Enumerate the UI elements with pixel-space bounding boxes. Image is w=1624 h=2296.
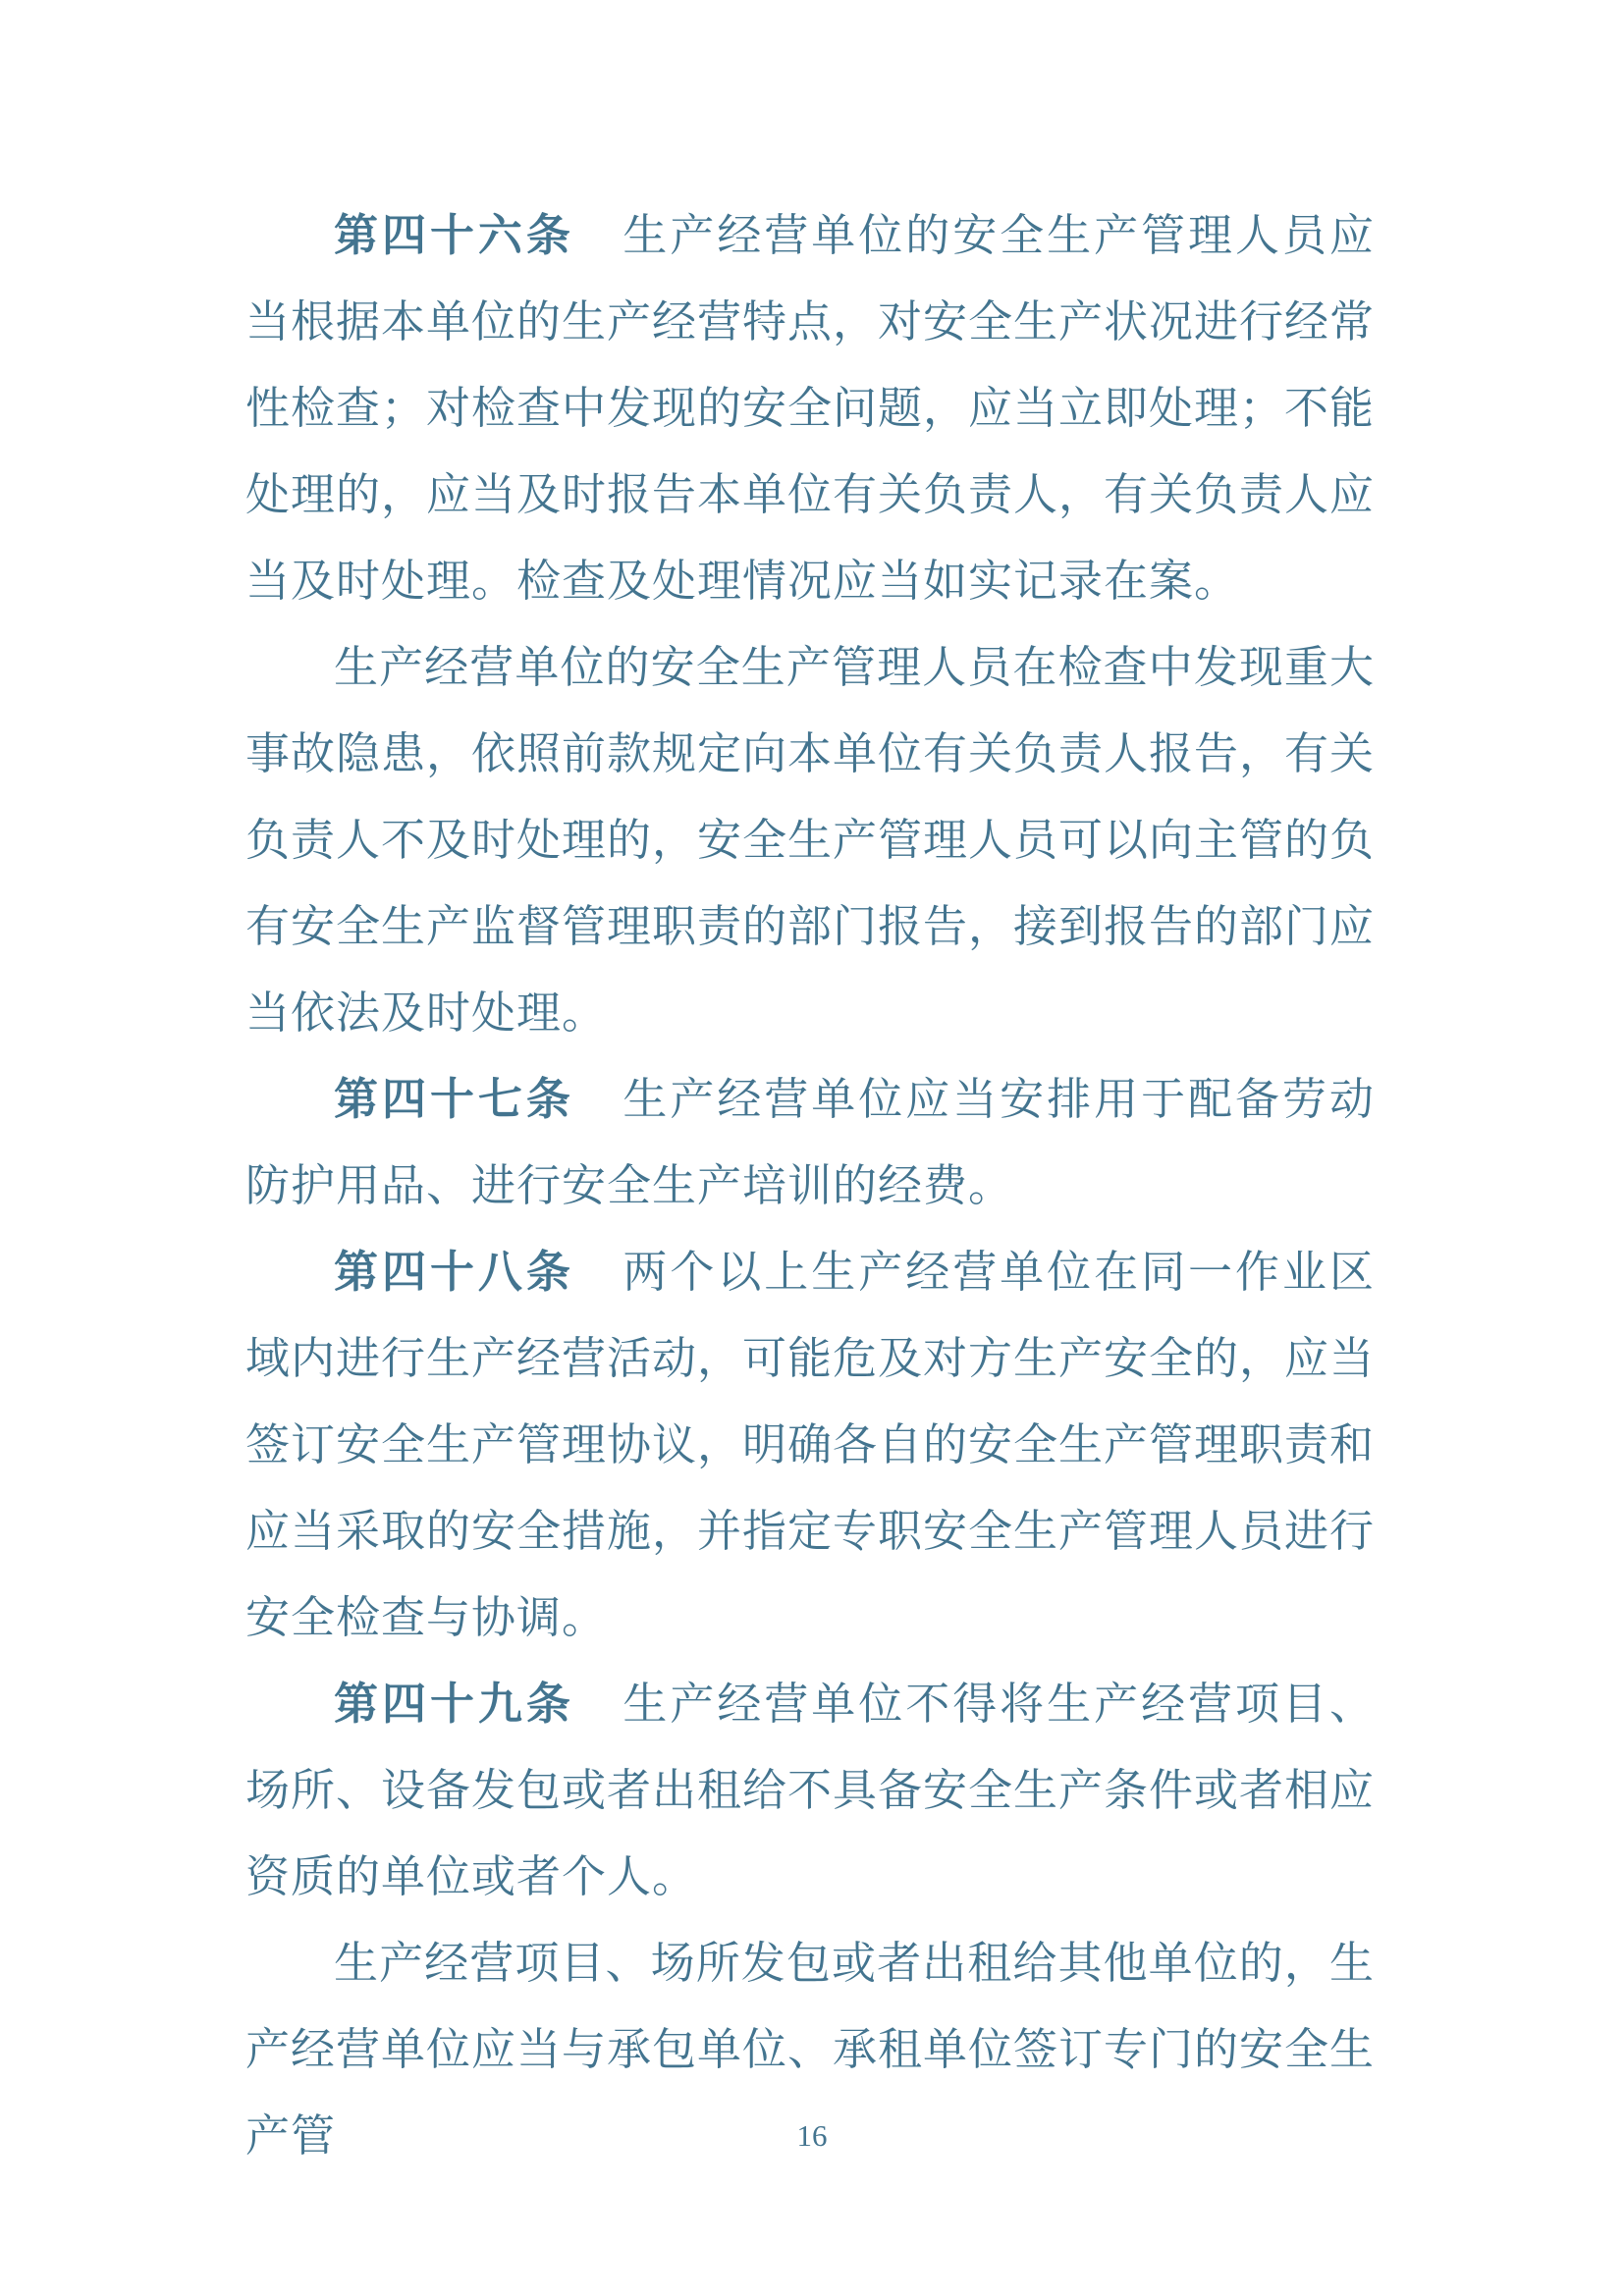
article-49-heading: 第四十九条 <box>334 1679 574 1729</box>
page-number: 16 <box>0 2116 1624 2156</box>
text-block: 第四十六条生产经营单位的安全生产管理人员应当根据本单位的生产经营特点，对安全生产… <box>245 192 1375 2179</box>
article-48-heading: 第四十八条 <box>334 1247 574 1297</box>
document-page: 第四十六条生产经营单位的安全生产管理人员应当根据本单位的生产经营特点，对安全生产… <box>0 0 1624 2296</box>
article-47-heading: 第四十七条 <box>334 1074 574 1124</box>
paragraph-article-49-clause-1: 第四十九条生产经营单位不得将生产经营项目、场所、设备发包或者出租给不具备安全生产… <box>245 1661 1375 1920</box>
paragraph-text: 两个以上生产经营单位在同一作业区域内进行生产经营活动，可能危及对方生产安全的，应… <box>245 1248 1375 1642</box>
paragraph-article-47: 第四十七条生产经营单位应当安排用于配备劳动防护用品、进行安全生产培训的经费。 <box>245 1056 1375 1229</box>
paragraph-article-46-clause-1: 第四十六条生产经营单位的安全生产管理人员应当根据本单位的生产经营特点，对安全生产… <box>245 192 1375 624</box>
paragraph-article-46-clause-2: 生产经营单位的安全生产管理人员在检查中发现重大事故隐患，依照前款规定向本单位有关… <box>245 624 1375 1056</box>
paragraph-text: 生产经营单位的安全生产管理人员应当根据本单位的生产经营特点，对安全生产状况进行经… <box>245 211 1375 606</box>
paragraph-article-48: 第四十八条两个以上生产经营单位在同一作业区域内进行生产经营活动，可能危及对方生产… <box>245 1229 1375 1661</box>
paragraph-text: 生产经营单位的安全生产管理人员在检查中发现重大事故隐患，依照前款规定向本单位有关… <box>245 643 1375 1038</box>
article-46-heading: 第四十六条 <box>334 210 574 260</box>
